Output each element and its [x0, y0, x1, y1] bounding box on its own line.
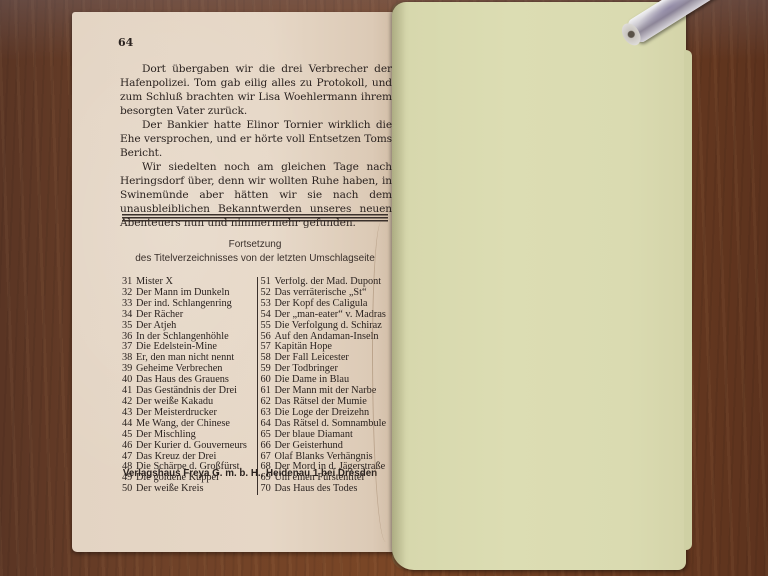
title-list: 31Mister X32Der Mann im Dunkeln33Der ind…: [122, 277, 392, 495]
story-paragraph: Dort übergaben wir die drei Verbrecher d…: [120, 62, 392, 118]
title-list-item: 46Der Kurier d. Gouverneurs: [122, 441, 257, 452]
title-list-item: 65Der blaue Diamant: [261, 430, 393, 441]
right-page-endpaper: [392, 2, 686, 570]
title-number: 65: [261, 430, 275, 441]
title-name: Der „man-eater“ v. Madras: [275, 310, 386, 321]
title-number: 34: [122, 310, 136, 321]
title-name: Das Haus des Todes: [275, 484, 358, 495]
story-text: Dort übergaben wir die drei Verbrecher d…: [120, 62, 392, 230]
publisher-imprint: Verlagshaus Freya G. m. b. H., Heidenau …: [100, 468, 400, 479]
title-list-item: 70Das Haus des Todes: [261, 484, 393, 495]
title-number: 46: [122, 441, 136, 452]
title-name: Der Kurier d. Gouverneurs: [136, 441, 247, 452]
title-name: Der Geisterhund: [275, 441, 343, 452]
title-list-item: 66Der Geisterhund: [261, 441, 393, 452]
title-number: 54: [261, 310, 275, 321]
title-list-item: 45Der Mischling: [122, 430, 257, 441]
title-list-item: 34Der Rächer: [122, 310, 257, 321]
title-number: 70: [261, 484, 275, 495]
story-paragraph: Der Bankier hatte Elinor Tornier wirklic…: [120, 118, 392, 160]
title-column-left: 31Mister X32Der Mann im Dunkeln33Der ind…: [122, 277, 257, 495]
title-number: 35: [122, 321, 136, 332]
title-name: Der weiße Kreis: [136, 484, 203, 495]
title-name: Der blaue Diamant: [275, 430, 353, 441]
title-number: 45: [122, 430, 136, 441]
title-name: Der Rächer: [136, 310, 183, 321]
left-page: 64 Dort übergaben wir die drei Verbreche…: [72, 12, 398, 552]
title-name: Der Atjeh: [136, 321, 176, 332]
title-list-item: 50Der weiße Kreis: [122, 484, 257, 495]
title-number: 50: [122, 484, 136, 495]
list-subheading: des Titelverzeichnisses von der letzten …: [112, 253, 398, 264]
title-name: Die Verfolgung d. Schiraz: [275, 321, 382, 332]
title-name: Der Mischling: [136, 430, 196, 441]
title-list-item: 35Der Atjeh: [122, 321, 257, 332]
list-heading: Fortsetzung: [112, 239, 398, 250]
title-number: 66: [261, 441, 275, 452]
title-number: 55: [261, 321, 275, 332]
page-number: 64: [118, 36, 133, 49]
divider-rule: [122, 214, 388, 223]
